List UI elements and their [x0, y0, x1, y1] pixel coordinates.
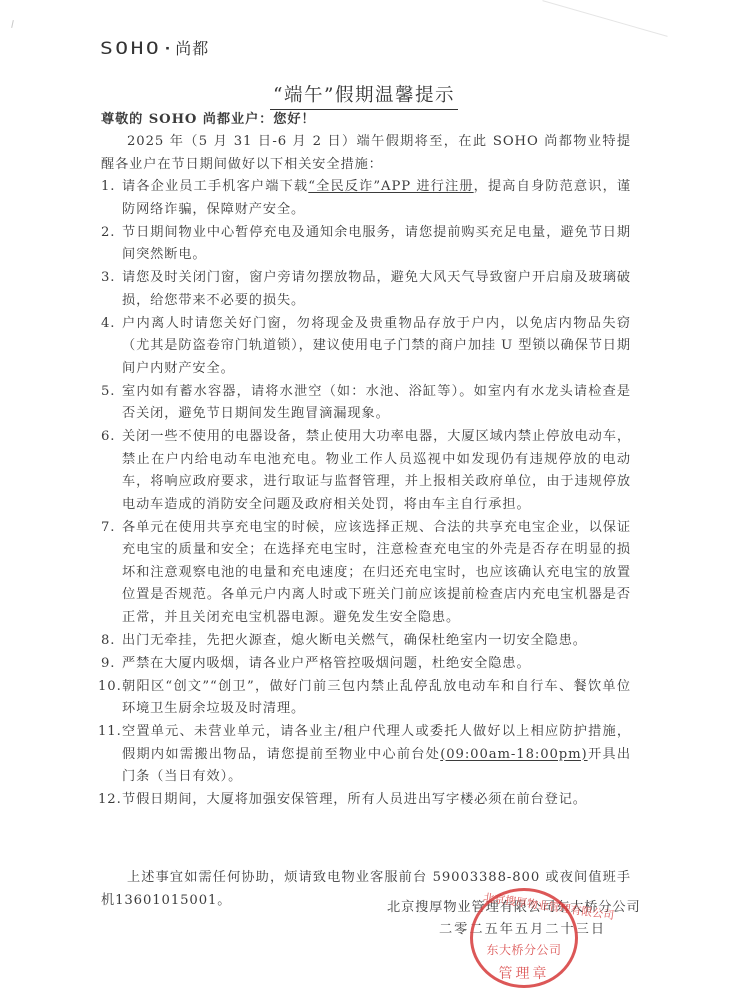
company-seal-stamp: 北京搜厚物业管理有限公司 东大桥分公司 管理章 [470, 888, 578, 988]
item-text: 严禁在大厦内吸烟，请各业户严格管控吸烟问题，杜绝安全隐患。 [122, 653, 631, 676]
list-item-6: 6. 关闭一些不使用的电器设备，禁止使用大功率电器，大厦区域内禁止停放电动车，禁… [101, 426, 631, 516]
greeting: 尊敬的 SOHO 尚都业户：您好！ [101, 109, 316, 132]
item-text: 户内离人时请您关好门窗，勿将现金及贵重物品存放于户内，以免店内物品失窃（尤其是防… [122, 313, 631, 381]
item-number: 9. [101, 653, 122, 676]
item-number: 5. [101, 381, 122, 426]
item-number: 10. [98, 676, 119, 721]
item-number: 4. [101, 313, 122, 381]
scan-mark [11, 20, 14, 28]
item-number: 7. [101, 517, 122, 630]
soho-logo: SOHO·尚都 [100, 36, 209, 59]
item-number: 1. [101, 176, 122, 221]
list-item-8: 8. 出门无牵挂，先把火源查，熄火断电关燃气，确保杜绝室内一切安全隐患。 [101, 630, 631, 653]
item-number: 6. [101, 426, 122, 516]
item-text: 空置单元、未营业单元，请各业主/租户代理人或委托人做好以上相应防护措施，假期内如… [122, 721, 631, 789]
item-text: 各单元在使用共享充电宝的时候，应该选择正规、合法的共享充电宝企业，以保证充电宝的… [122, 517, 631, 630]
logo-cn: 尚都 [175, 39, 209, 58]
item-number: 2. [101, 222, 122, 267]
safety-measures-list: 1. 请各企业员工手机客户端下载“全民反诈”APP 进行注册，提高自身防范意识，… [101, 176, 631, 812]
item-text: 节假日期间，大厦将加强安保管理，所有人员进出写字楼必须在前台登记。 [122, 789, 631, 812]
document-title: “端午”假期温馨提示 [270, 81, 458, 110]
stamp-seal-text: 管理章 [473, 963, 575, 983]
item-text: 室内如有蓄水容器，请将水泄空（如：水池、浴缸等）。如室内有水龙头请检查是否关闭，… [122, 381, 631, 426]
stamp-branch-text: 东大桥分公司 [473, 941, 575, 958]
item-text: 请您及时关闭门窗，窗户旁请勿摆放物品，避免大风天气导致窗户开启扇及玻璃破损，给您… [122, 267, 631, 312]
list-item-2: 2. 节日期间物业中心暂停充电及通知余电服务，请您提前购买充足电量，避免节日期间… [101, 222, 631, 267]
item-text: 关闭一些不使用的电器设备，禁止使用大功率电器，大厦区域内禁止停放电动车，禁止在户… [122, 426, 631, 516]
intro-paragraph: 2025 年（5 月 31 日-6 月 2 日）端午假期将至，在此 SOHO 尚… [101, 131, 631, 176]
list-item-4: 4. 户内离人时请您关好门窗，勿将现金及贵重物品存放于户内，以免店内物品失窃（尤… [101, 313, 631, 381]
list-item-7: 7. 各单元在使用共享充电宝的时候，应该选择正规、合法的共享充电宝企业，以保证充… [101, 517, 631, 630]
office-hours-text: (09:00am-18:00pm) [440, 747, 587, 762]
logo-latin: SOHO· [100, 39, 176, 59]
list-item-1: 1. 请各企业员工手机客户端下载“全民反诈”APP 进行注册，提高自身防范意识，… [101, 176, 631, 221]
item-text: 朝阳区“创文”“创卫”，做好门前三包内禁止乱停乱放电动车和自行车、餐饮单位环境卫… [122, 676, 631, 721]
item-text-pre: 请各企业员工手机客户端下载 [122, 179, 308, 194]
anti-fraud-app-link-text: “全民反诈”APP 进行注册 [308, 179, 473, 194]
item-number: 8. [101, 630, 122, 653]
notice-page: SOHO·尚都 “端午”假期温馨提示 尊敬的 SOHO 尚都业户：您好！ 202… [0, 0, 729, 994]
list-item-10: 10. 朝阳区“创文”“创卫”，做好门前三包内禁止乱停乱放电动车和自行车、餐饮单… [101, 676, 631, 721]
item-number: 12. [98, 789, 119, 812]
item-text: 请各企业员工手机客户端下载“全民反诈”APP 进行注册，提高自身防范意识，谨防网… [122, 176, 631, 221]
item-text: 节日期间物业中心暂停充电及通知余电服务，请您提前购买充足电量，避免节日期间突然断… [122, 222, 631, 267]
list-item-5: 5. 室内如有蓄水容器，请将水泄空（如：水池、浴缸等）。如室内有水龙头请检查是否… [101, 381, 631, 426]
list-item-12: 12. 节假日期间，大厦将加强安保管理，所有人员进出写字楼必须在前台登记。 [101, 789, 631, 812]
item-number: 11. [98, 721, 119, 789]
item-text: 出门无牵挂，先把火源查，熄火断电关燃气，确保杜绝室内一切安全隐患。 [122, 630, 631, 653]
scan-scratch [542, 0, 667, 37]
list-item-9: 9. 严禁在大厦内吸烟，请各业户严格管控吸烟问题，杜绝安全隐患。 [101, 653, 631, 676]
item-number: 3. [101, 267, 122, 312]
list-item-3: 3. 请您及时关闭门窗，窗户旁请勿摆放物品，避免大风天气导致窗户开启扇及玻璃破损… [101, 267, 631, 312]
list-item-11: 11. 空置单元、未营业单元，请各业主/租户代理人或委托人做好以上相应防护措施，… [101, 721, 631, 789]
